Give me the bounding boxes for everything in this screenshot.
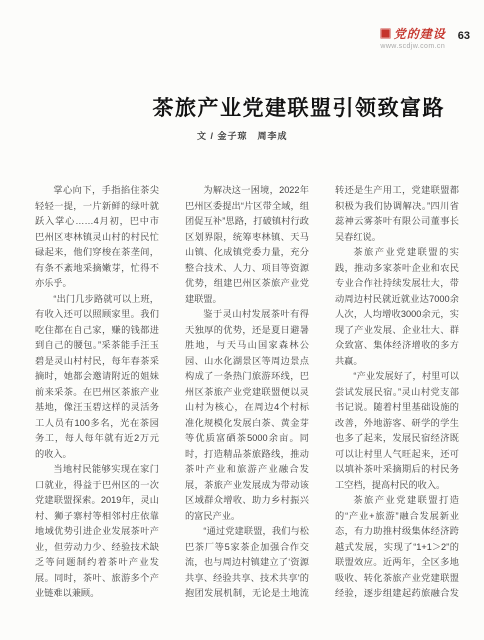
paragraph-2: “出门几步路就可以上班，有收入还可以照顾家里。我们吃住都在自己家，赚的钱都进到自… — [35, 292, 159, 463]
page-number: 63 — [458, 25, 470, 42]
magazine-logo-text: 党的建设 — [394, 25, 446, 42]
masthead-logo: 党的建设 — [380, 25, 446, 42]
article-title: 茶旅产业党建联盟引领致富路 — [153, 92, 446, 122]
paragraph-8: “产业发展好了，村里可以尝试发展民宿。”灵山村党支部书记说。随着村里基础设施的改… — [335, 369, 459, 493]
magazine-page: 党的建设 www.scdjw.com.cn 63 茶旅产业党建联盟引领致富路 文… — [0, 0, 484, 640]
paragraph-5: 鉴于灵山村发展茶叶有得天独厚的优势，还是夏日避暑胜地，与天马山国家森林公园、山水… — [185, 307, 309, 524]
paragraph-4: 为解决这一困境，2022年巴州区委提出“片区带全域，组团促互补”思路，打破镇村行… — [185, 183, 309, 307]
red-seal-icon — [380, 28, 391, 39]
page-header: 党的建设 www.scdjw.com.cn 63 — [380, 25, 470, 50]
masthead-website: www.scdjw.com.cn — [380, 43, 446, 50]
masthead: 党的建设 www.scdjw.com.cn — [380, 25, 446, 50]
article-byline: 文 / 金子琼 周李成 — [197, 129, 288, 142]
article-body: 掌心向下，手指掐住茶尖轻轻一提，一片新鲜的绿叶就跃入掌心……4月初，巴中市巴州区… — [35, 183, 459, 615]
paragraph-3: 当地村民能够实现在家门口就业，得益于巴州区的一次党建联盟探索。2019年，灵山村… — [35, 462, 159, 602]
paragraph-1: 掌心向下，手指掐住茶尖轻轻一提，一片新鲜的绿叶就跃入掌心……4月初，巴中市巴州区… — [35, 183, 159, 292]
paragraph-7: 茶旅产业党建联盟的实践，推动多家茶叶企业和农民专业合作社持续发展壮大，带动周边村… — [335, 245, 459, 369]
